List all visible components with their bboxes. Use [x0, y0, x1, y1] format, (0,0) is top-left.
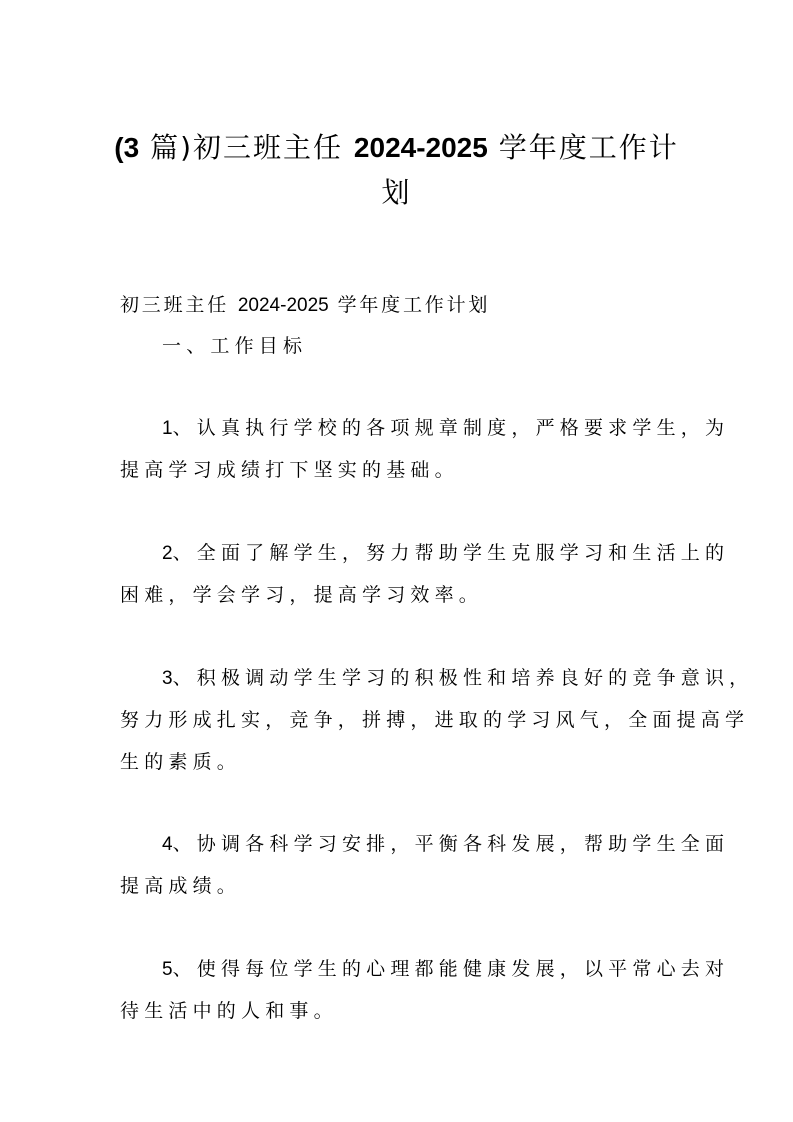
list-item-3-line3: 生的素质。 — [120, 750, 680, 774]
item-text: 、协调各科学习安排，平衡各科发展，帮助学生全面 — [173, 833, 730, 855]
item-number: 4 — [162, 834, 173, 855]
item-text: 、积极调动学生学习的积极性和培养良好的竞争意识， — [173, 667, 754, 689]
document-page: (3 篇)初三班主任 2024-2025 学年度工作计 划 初三班主任 2024… — [0, 0, 793, 1122]
list-item-5-line1: 5、使得每位学生的心理都能健康发展，以平常心去对 — [162, 957, 722, 982]
document-subtitle: 初三班主任 2024-2025 学年度工作计划 — [120, 293, 680, 318]
title-prefix-number: (3 — [114, 132, 139, 163]
title-part1: 初三班主任 — [193, 131, 343, 164]
document-title: (3 篇)初三班主任 2024-2025 学年度工作计 — [100, 123, 693, 173]
item-text: 、使得每位学生的心理都能健康发展，以平常心去对 — [173, 958, 730, 980]
list-item-4-line1: 4、协调各科学习安排，平衡各科发展，帮助学生全面 — [162, 832, 722, 857]
item-text: 、全面了解学生，努力帮助学生克服学习和生活上的 — [173, 542, 730, 564]
subtitle-part2: 学年度工作计划 — [338, 294, 491, 316]
item-number: 5 — [162, 959, 173, 980]
document-title-continued: 划 — [100, 168, 693, 218]
list-item-2-line1: 2、全面了解学生，努力帮助学生克服学习和生活上的 — [162, 541, 722, 566]
list-item-5-line2: 待生活中的人和事。 — [120, 999, 680, 1023]
list-item-1-line1: 1、认真执行学校的各项规章制度，严格要求学生，为 — [162, 416, 722, 441]
subtitle-years: 2024-2025 — [238, 295, 329, 316]
list-item-4-line2: 提高成绩。 — [120, 874, 680, 898]
list-item-1-line2: 提高学习成绩打下坚实的基础。 — [120, 458, 680, 482]
subtitle-part1: 初三班主任 — [120, 294, 229, 316]
title-prefix-char: 篇) — [150, 131, 193, 164]
list-item-3-line2: 努力形成扎实，竞争，拼搏，进取的学习风气，全面提高学 — [120, 708, 680, 732]
item-text: 、认真执行学校的各项规章制度，严格要求学生，为 — [173, 417, 730, 439]
item-number: 3 — [162, 668, 173, 689]
item-number: 2 — [162, 543, 173, 564]
title-part2: 学年度工作计 — [499, 131, 679, 164]
item-number: 1 — [162, 418, 173, 439]
title-years: 2024-2025 — [354, 132, 488, 163]
list-item-2-line2: 困难，学会学习，提高学习效率。 — [120, 583, 680, 607]
list-item-3-line1: 3、积极调动学生学习的积极性和培养良好的竞争意识， — [162, 666, 722, 691]
section-heading: 一、工作目标 — [162, 334, 722, 358]
